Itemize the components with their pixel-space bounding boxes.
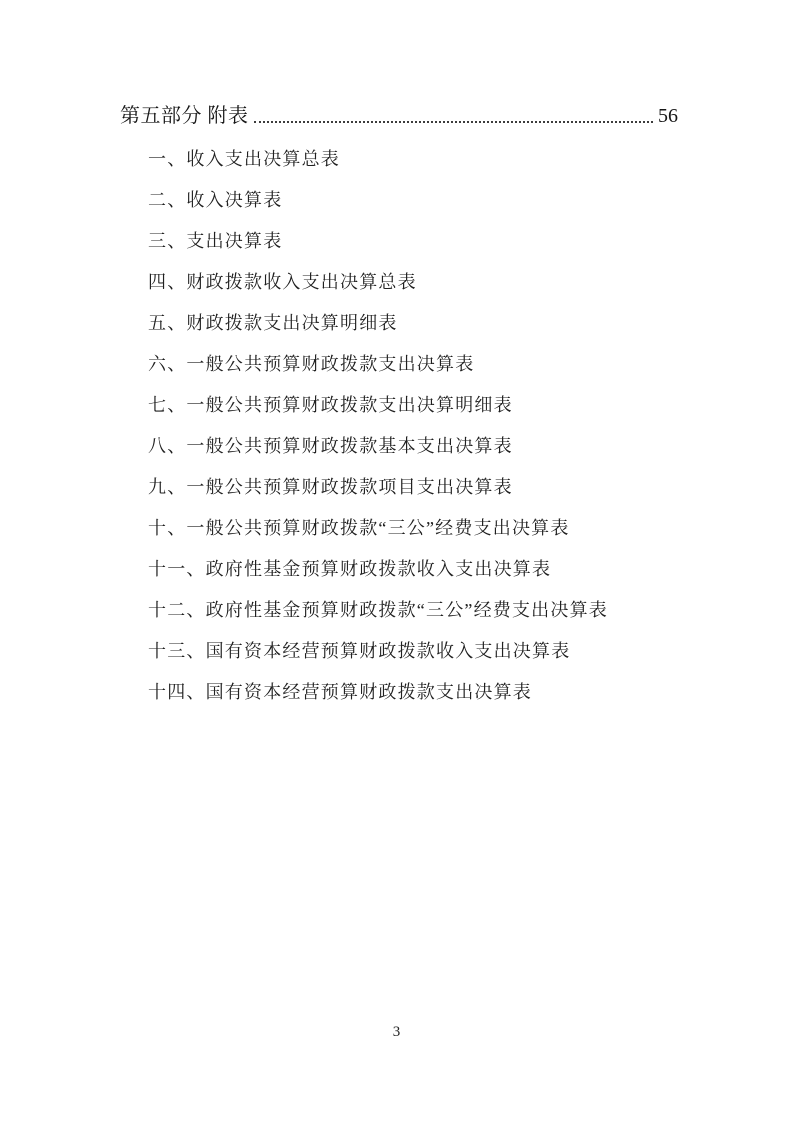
toc-item: 八、一般公共预算财政拨款基本支出决算表 [148, 436, 678, 456]
toc-item: 十一、政府性基金预算财政拨款收入支出决算表 [148, 559, 678, 579]
toc-content: 第五部分 附表 56 一、收入支出决算总表二、收入决算表三、支出决算表四、财政拨… [120, 104, 678, 723]
page-footer: 3 [0, 1024, 793, 1041]
section-page-number: 56 [658, 104, 678, 128]
section-title: 第五部分 附表 [120, 104, 249, 128]
dot-leader [254, 104, 654, 123]
toc-item: 九、一般公共预算财政拨款项目支出决算表 [148, 477, 678, 497]
toc-item: 十、一般公共预算财政拨款“三公”经费支出决算表 [148, 518, 678, 538]
toc-item: 一、收入支出决算总表 [148, 149, 678, 169]
footer-page-number: 3 [393, 1024, 401, 1040]
toc-item: 十四、国有资本经营预算财政拨款支出决算表 [148, 682, 678, 702]
toc-item: 十二、政府性基金预算财政拨款“三公”经费支出决算表 [148, 600, 678, 620]
toc-item: 三、支出决算表 [148, 231, 678, 251]
toc-list: 一、收入支出决算总表二、收入决算表三、支出决算表四、财政拨款收入支出决算总表五、… [120, 149, 678, 702]
toc-item: 七、一般公共预算财政拨款支出决算明细表 [148, 395, 678, 415]
toc-item: 六、一般公共预算财政拨款支出决算表 [148, 354, 678, 374]
toc-item: 十三、国有资本经营预算财政拨款收入支出决算表 [148, 641, 678, 661]
toc-item: 四、财政拨款收入支出决算总表 [148, 272, 678, 292]
toc-header-row: 第五部分 附表 56 [120, 104, 678, 128]
toc-item: 二、收入决算表 [148, 190, 678, 210]
toc-item: 五、财政拨款支出决算明细表 [148, 313, 678, 333]
document-page: 第五部分 附表 56 一、收入支出决算总表二、收入决算表三、支出决算表四、财政拨… [0, 0, 793, 1122]
